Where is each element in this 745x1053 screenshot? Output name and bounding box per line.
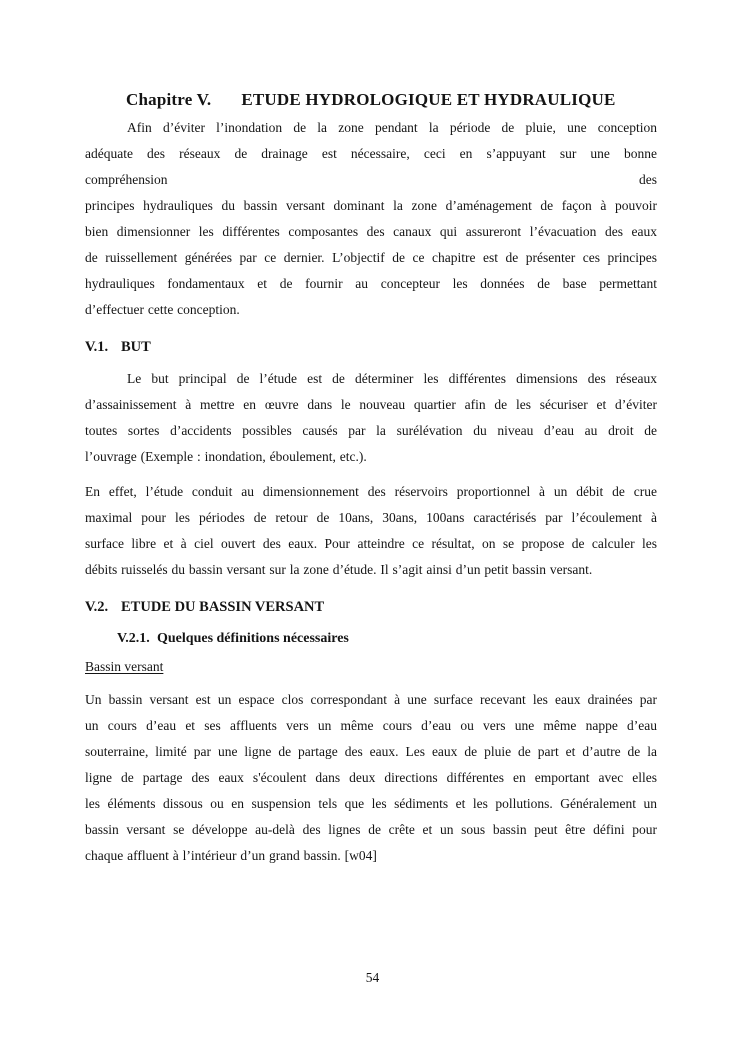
text-line: d’assainissement à mettre en œuvre dans … xyxy=(85,392,657,418)
section-title-text: ETUDE DU BASSIN VERSANT xyxy=(121,599,324,615)
paragraph-intro: Afin d’éviter l’inondation de la zone pe… xyxy=(85,115,657,323)
text-line: ligne de partage des eaux s'écoulent dan… xyxy=(85,765,657,791)
text-line: hydrauliques fondamentaux et de fournir … xyxy=(85,271,657,297)
text-line: compréhension des xyxy=(85,167,657,193)
text-line: les éléments dissous ou en suspension te… xyxy=(85,791,657,817)
heading-v21-definitions: V.2.1.Quelques définitions nécessaires xyxy=(117,626,657,652)
text-line: adéquate des réseaux de drainage est néc… xyxy=(85,141,657,167)
chapter-number: Chapitre V. xyxy=(126,90,211,109)
paragraph-en-effet: En effet, l’étude conduit au dimensionne… xyxy=(85,479,657,583)
definition-term-bassin-versant: Bassin versant xyxy=(85,654,657,680)
page-content: Chapitre V.ETUDE HYDROLOGIQUE ET HYDRAUL… xyxy=(85,85,657,869)
section-title-text: Quelques définitions nécessaires xyxy=(157,631,349,646)
text-line: En effet, l’étude conduit au dimensionne… xyxy=(85,479,657,505)
text-line: un cours d’eau et ses affluents vers un … xyxy=(85,713,657,739)
text-line: l’ouvrage (Exemple : inondation, éboulem… xyxy=(85,444,657,470)
section-number: V.1. xyxy=(85,334,121,360)
text-line: Un bassin versant est un espace clos cor… xyxy=(85,687,657,713)
section-number: V.2. xyxy=(85,594,121,620)
text-line: de ruissellement générées par ce dernier… xyxy=(85,245,657,271)
section-number: V.2.1. xyxy=(117,626,157,652)
text-line: chaque affluent à l’intérieur d’un grand… xyxy=(85,843,657,869)
text-line: principes hydrauliques du bassin versant… xyxy=(85,193,657,219)
text-line: bien dimensionner les différentes compos… xyxy=(85,219,657,245)
text-line: d’effectuer cette conception. xyxy=(85,297,657,323)
text-line: Le but principal de l’étude est de déter… xyxy=(85,366,657,392)
text-line: Afin d’éviter l’inondation de la zone pe… xyxy=(85,115,657,141)
page-number: 54 xyxy=(0,968,745,988)
text-line: maximal pour les périodes de retour de 1… xyxy=(85,505,657,531)
text-line: débits ruisselés du bassin versant sur l… xyxy=(85,557,657,583)
document-page: Chapitre V.ETUDE HYDROLOGIQUE ET HYDRAUL… xyxy=(0,0,745,1053)
heading-v2-etude-bassin-versant: V.2.ETUDE DU BASSIN VERSANT xyxy=(85,594,657,620)
section-title-text: BUT xyxy=(121,339,151,355)
chapter-title: Chapitre V.ETUDE HYDROLOGIQUE ET HYDRAUL… xyxy=(126,85,657,115)
chapter-title-text: ETUDE HYDROLOGIQUE ET HYDRAULIQUE xyxy=(241,90,615,109)
paragraph-but: Le but principal de l’étude est de déter… xyxy=(85,366,657,470)
text-line: toutes sortes d’accidents possibles caus… xyxy=(85,418,657,444)
text-line: surface libre et à ciel ouvert des eaux.… xyxy=(85,531,657,557)
heading-v1-but: V.1.BUT xyxy=(85,334,657,360)
paragraph-bassin-versant: Un bassin versant est un espace clos cor… xyxy=(85,687,657,869)
text-line: souterraine, limité par une ligne de par… xyxy=(85,739,657,765)
text-line: bassin versant se développe au-delà des … xyxy=(85,817,657,843)
